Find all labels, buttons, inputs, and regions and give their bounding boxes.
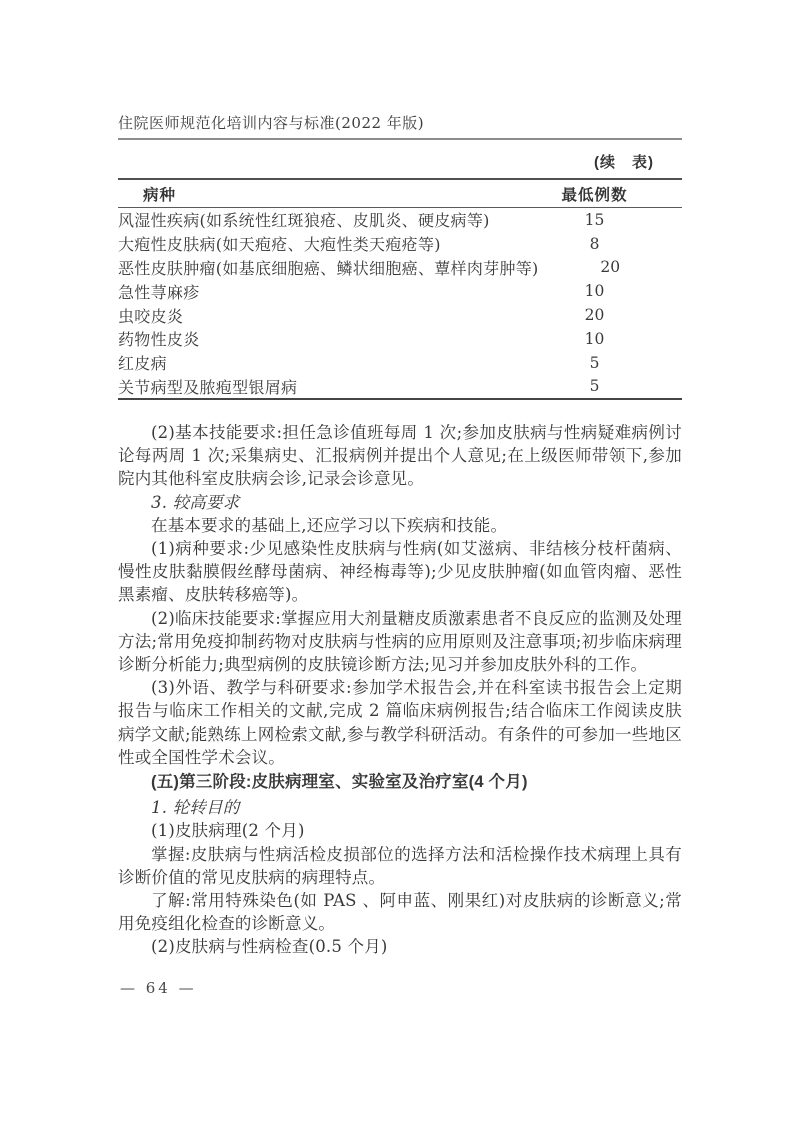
min-cases-cell: 20: [507, 306, 682, 324]
table-row: 关节病型及脓疱型银屑病 5: [118, 375, 682, 399]
table-continuation-note: (续 表): [118, 151, 682, 172]
table-header-row: 病种 最低例数: [118, 180, 682, 208]
table-row: 虫咬皮炎 20: [118, 303, 682, 327]
disease-name-cell: 虫咬皮炎: [118, 304, 507, 327]
disease-name-cell: 恶性皮肤肿瘤(如基底细胞癌、鳞状细胞癌、蕈样肉芽肿等): [118, 256, 539, 279]
paragraph-understand: 了解:常用特殊染色(如 PAS 、阿申蓝、刚果红)对皮肤病的诊断意义;常用免疫组…: [118, 889, 682, 935]
min-cases-cell: 10: [507, 282, 682, 300]
disease-name-cell: 大疱性皮肤病(如天疱疮、大疱性类天疱疮等): [118, 232, 507, 255]
table-row: 急性荨麻疹 10: [118, 279, 682, 303]
disease-name-cell: 风湿性疾病(如系统性红斑狼疮、皮肌炎、硬皮病等): [118, 208, 507, 231]
paragraph-grasp: 掌握:皮肤病与性病活检皮损部位的选择方法和活检操作技术病理上具有诊断价值的常见皮…: [118, 843, 682, 889]
table-row: 风湿性疾病(如系统性红斑狼疮、皮肌炎、硬皮病等) 15: [118, 208, 682, 232]
min-cases-cell: 20: [539, 258, 682, 276]
table-row: 药物性皮炎 10: [118, 327, 682, 351]
min-cases-cell: 8: [507, 235, 682, 253]
table-row: 红皮病 5: [118, 351, 682, 375]
body-text: (2)基本技能要求:担任急诊值班每周 1 次;参加皮肤病与性病疑难病例讨论每两周…: [118, 421, 682, 959]
min-cases-cell: 10: [507, 330, 682, 348]
table-row: 大疱性皮肤病(如天疱疮、大疱性类天疱疮等) 8: [118, 232, 682, 256]
subheading-rotation-purpose: 1. 轮转目的: [118, 796, 682, 819]
column-header-disease: 病种: [118, 183, 507, 205]
minimum-cases-table: 病种 最低例数 风湿性疾病(如系统性红斑狼疮、皮肌炎、硬皮病等) 15 大疱性皮…: [118, 178, 682, 400]
column-header-min-cases: 最低例数: [507, 183, 682, 205]
subheading-higher-requirements: 3. 较高要求: [118, 491, 682, 514]
paragraph-clinical-skills: (2)临床技能要求:掌握应用大剂量糖皮质激素患者不良反应的监测及处理方法;常用免…: [118, 607, 682, 677]
paragraph-foundation: 在基本要求的基础上,还应学习以下疾病和技能。: [118, 514, 682, 537]
disease-name-cell: 红皮病: [118, 351, 507, 374]
document-page: 住院医师规范化培训内容与标准(2022 年版) (续 表) 病种 最低例数 风湿…: [0, 0, 800, 1131]
disease-name-cell: 药物性皮炎: [118, 327, 507, 350]
paragraph-std-exam: (2)皮肤病与性病检查(0.5 个月): [118, 935, 682, 958]
disease-name-cell: 关节病型及脓疱型银屑病: [118, 375, 507, 398]
header-rule-divider: [118, 138, 682, 140]
min-cases-cell: 5: [507, 354, 682, 372]
section-heading-third-stage: (五)第三阶段:皮肤病理室、实验室及治疗室(4 个月): [118, 771, 682, 794]
paragraph-basic-skills: (2)基本技能要求:担任急诊值班每周 1 次;参加皮肤病与性病疑难病例讨论每两周…: [118, 421, 682, 491]
min-cases-cell: 15: [507, 211, 682, 229]
running-header: 住院医师规范化培训内容与标准(2022 年版): [118, 112, 682, 133]
table-row: 恶性皮肤肿瘤(如基底细胞癌、鳞状细胞癌、蕈样肉芽肿等) 20: [118, 256, 682, 280]
disease-name-cell: 急性荨麻疹: [118, 280, 507, 303]
min-cases-cell: 5: [507, 377, 682, 395]
paragraph-disease-requirements: (1)病种要求:少见感染性皮肤病与性病(如艾滋病、非结核分枝杆菌病、慢性皮肤黏膜…: [118, 537, 682, 607]
paragraph-skin-pathology: (1)皮肤病理(2 个月): [118, 819, 682, 842]
page-number: — 64 —: [120, 979, 197, 997]
paragraph-language-teaching-research: (3)外语、教学与科研要求:参加学术报告会,并在科室读书报告会上定期报告与临床工…: [118, 676, 682, 769]
